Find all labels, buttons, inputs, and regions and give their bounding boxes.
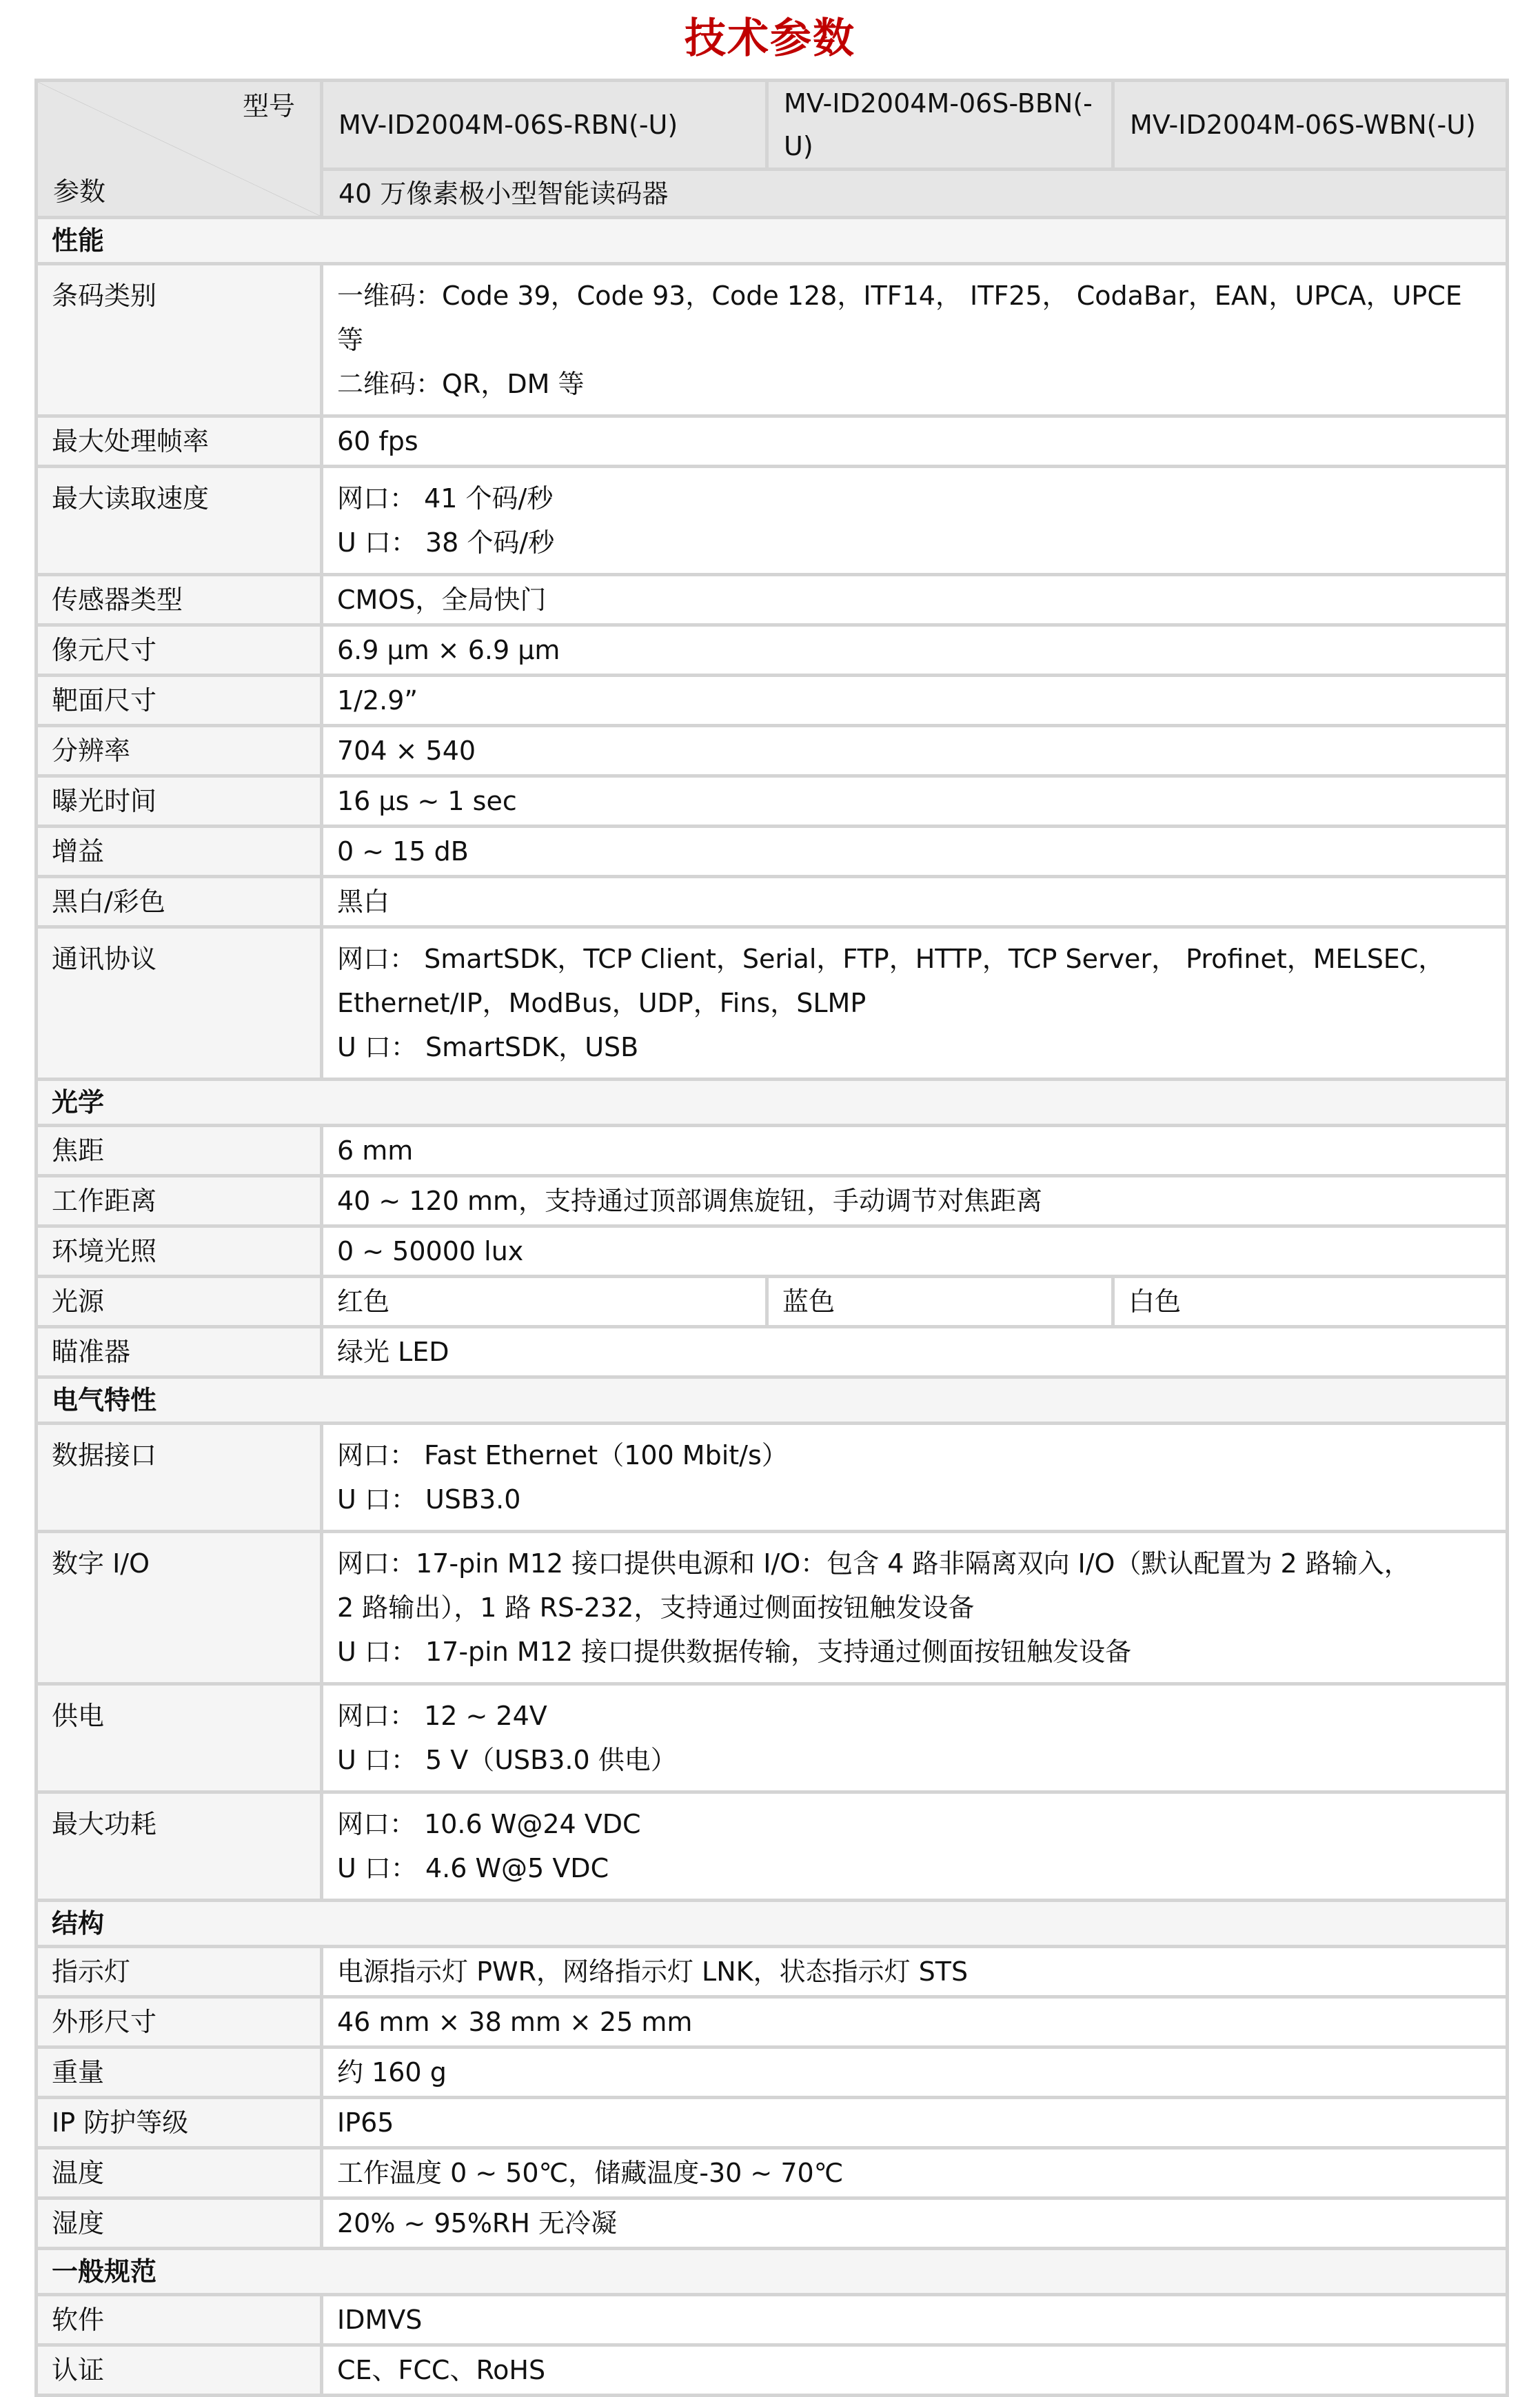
spec-value-line: CMOS，全局快门 — [337, 578, 1492, 622]
spec-label: 数字 I/O — [37, 1532, 322, 1684]
spec-label: 像元尺寸 — [37, 625, 322, 676]
spec-label: IP 防护等级 — [37, 2098, 322, 2148]
spec-row: 环境光照0 ~ 50000 lux — [37, 1226, 1508, 1277]
spec-row: 数据接口网口： Fast Ethernet（100 Mbit/s）U 口： US… — [37, 1424, 1508, 1532]
header-row-models: 型号 参数 MV-ID2004M-06S-RBN(-U) MV-ID2004M-… — [37, 81, 1508, 170]
spec-value-line: 16 µs ~ 1 sec — [337, 779, 1492, 823]
section-title: 一般规范 — [37, 2249, 1508, 2295]
spec-row: IP 防护等级IP65 — [37, 2098, 1508, 2148]
corner-label-model: 型号 — [243, 85, 295, 128]
spec-row: 温度工作温度 0 ~ 50℃，储藏温度-30 ~ 70℃ — [37, 2148, 1508, 2198]
spec-value: 0 ~ 50000 lux — [322, 1226, 1508, 1277]
spec-value: 绿光 LED — [322, 1327, 1508, 1377]
spec-row: 曝光时间16 µs ~ 1 sec — [37, 776, 1508, 827]
spec-label: 瞄准器 — [37, 1327, 322, 1377]
spec-label: 认证 — [37, 2345, 322, 2396]
spec-row: 分辨率704 × 540 — [37, 726, 1508, 776]
spec-row: 最大处理帧率60 fps — [37, 416, 1508, 467]
spec-value: IP65 — [322, 2098, 1508, 2148]
section-title: 性能 — [37, 218, 1508, 264]
section-header: 性能 — [37, 218, 1508, 264]
spec-value-line: U 口： 5 V（USB3.0 供电） — [337, 1738, 1492, 1782]
spec-label: 黑白/彩色 — [37, 877, 322, 927]
spec-row: 重量约 160 g — [37, 2047, 1508, 2098]
spec-label: 最大处理帧率 — [37, 416, 322, 467]
spec-value-line: U 口： 38 个码/秒 — [337, 520, 1492, 565]
spec-row: 最大功耗网口： 10.6 W@24 VDCU 口： 4.6 W@5 VDC — [37, 1792, 1508, 1901]
spec-value-line: U 口： SmartSDK，USB — [337, 1025, 1492, 1069]
spec-value: 网口： 10.6 W@24 VDCU 口： 4.6 W@5 VDC — [322, 1792, 1508, 1901]
spec-label: 通讯协议 — [37, 927, 322, 1080]
spec-label: 靶面尺寸 — [37, 676, 322, 726]
spec-label: 最大读取速度 — [37, 467, 322, 575]
spec-value: 704 × 540 — [322, 726, 1508, 776]
spec-label: 指示灯 — [37, 1947, 322, 1997]
product-description: 40 万像素极小型智能读码器 — [322, 170, 1508, 218]
spec-value: 20% ~ 95%RH 无冷凝 — [322, 2198, 1508, 2249]
spec-value: 电源指示灯 PWR，网络指示灯 LNK，状态指示灯 STS — [322, 1947, 1508, 1997]
section-title: 电气特性 — [37, 1377, 1508, 1424]
spec-value-line: IDMVS — [337, 2298, 1492, 2342]
spec-row: 条码类别一维码：Code 39，Code 93，Code 128，ITF14， … — [37, 264, 1508, 416]
model-bbn: MV-ID2004M-06S-BBN(-U) — [767, 81, 1113, 170]
page-title: 技术参数 — [0, 6, 1540, 65]
spec-value: 网口： Fast Ethernet（100 Mbit/s）U 口： USB3.0 — [322, 1424, 1508, 1532]
spec-value-line: U 口： 4.6 W@5 VDC — [337, 1846, 1492, 1890]
spec-value-split: 蓝色 — [767, 1277, 1113, 1327]
spec-value: 网口： 12 ~ 24VU 口： 5 V（USB3.0 供电） — [322, 1684, 1508, 1792]
spec-value-line: Ethernet/IP，ModBus，UDP，Fins，SLMP — [337, 981, 1492, 1025]
spec-value-line: 0 ~ 50000 lux — [337, 1229, 1492, 1273]
spec-value-line: 工作温度 0 ~ 50℃，储藏温度-30 ~ 70℃ — [337, 2151, 1492, 2195]
spec-row: 供电网口： 12 ~ 24VU 口： 5 V（USB3.0 供电） — [37, 1684, 1508, 1792]
spec-label: 湿度 — [37, 2198, 322, 2249]
spec-value: 约 160 g — [322, 2047, 1508, 2098]
spec-value-line: 约 160 g — [337, 2050, 1492, 2094]
spec-value-split: 白色 — [1113, 1277, 1508, 1327]
spec-row: 湿度20% ~ 95%RH 无冷凝 — [37, 2198, 1508, 2249]
spec-label: 外形尺寸 — [37, 1997, 322, 2047]
spec-row: 像元尺寸6.9 µm × 6.9 µm — [37, 625, 1508, 676]
spec-value-line: 绿光 LED — [337, 1330, 1492, 1374]
spec-value-line: 60 fps — [337, 419, 1492, 463]
corner-label-param: 参数 — [53, 170, 105, 213]
section-header: 结构 — [37, 1901, 1508, 1947]
spec-value: 46 mm × 38 mm × 25 mm — [322, 1997, 1508, 2047]
spec-value: 网口： 41 个码/秒U 口： 38 个码/秒 — [322, 467, 1508, 575]
spec-value-line: CE、FCC、RoHS — [337, 2348, 1492, 2392]
spec-label: 供电 — [37, 1684, 322, 1792]
section-header: 光学 — [37, 1080, 1508, 1126]
corner-cell: 型号 参数 — [37, 81, 322, 218]
spec-label: 软件 — [37, 2295, 322, 2345]
spec-value: 60 fps — [322, 416, 1508, 467]
spec-label: 曝光时间 — [37, 776, 322, 827]
spec-row: 瞄准器绿光 LED — [37, 1327, 1508, 1377]
spec-value: 网口：17-pin M12 接口提供电源和 I/O：包含 4 路非隔离双向 I/… — [322, 1532, 1508, 1684]
spec-value-line: 20% ~ 95%RH 无冷凝 — [337, 2201, 1492, 2245]
spec-value-line: 0 ~ 15 dB — [337, 829, 1492, 873]
spec-value-line: 网口： SmartSDK，TCP Client，Serial，FTP，HTTP，… — [337, 937, 1492, 981]
spec-value-split: 红色 — [322, 1277, 767, 1327]
spec-label: 数据接口 — [37, 1424, 322, 1532]
spec-value-line: 网口： 12 ~ 24V — [337, 1694, 1492, 1738]
spec-value-line: IP65 — [337, 2101, 1492, 2145]
spec-value: 6.9 µm × 6.9 µm — [322, 625, 1508, 676]
spec-value-line: 二维码：QR，DM 等 — [337, 362, 1492, 406]
spec-value: 工作温度 0 ~ 50℃，储藏温度-30 ~ 70℃ — [322, 2148, 1508, 2198]
spec-label: 工作距离 — [37, 1176, 322, 1226]
spec-row: 通讯协议网口： SmartSDK，TCP Client，Serial，FTP，H… — [37, 927, 1508, 1080]
spec-table: 型号 参数 MV-ID2004M-06S-RBN(-U) MV-ID2004M-… — [34, 79, 1509, 2397]
spec-row: 外形尺寸46 mm × 38 mm × 25 mm — [37, 1997, 1508, 2047]
spec-value-line: 6.9 µm × 6.9 µm — [337, 628, 1492, 672]
spec-label: 最大功耗 — [37, 1792, 322, 1901]
spec-label: 增益 — [37, 827, 322, 877]
spec-label: 环境光照 — [37, 1226, 322, 1277]
spec-label: 条码类别 — [37, 264, 322, 416]
spec-row: 黑白/彩色黑白 — [37, 877, 1508, 927]
spec-value: CMOS，全局快门 — [322, 575, 1508, 625]
spec-value: IDMVS — [322, 2295, 1508, 2345]
spec-value-line: 网口：17-pin M12 接口提供电源和 I/O：包含 4 路非隔离双向 I/… — [337, 1541, 1492, 1586]
model-wbn: MV-ID2004M-06S-WBN(-U) — [1113, 81, 1508, 170]
spec-value-line: 46 mm × 38 mm × 25 mm — [337, 2000, 1492, 2044]
spec-row: 认证CE、FCC、RoHS — [37, 2345, 1508, 2396]
spec-value: 1/2.9” — [322, 676, 1508, 726]
section-header: 电气特性 — [37, 1377, 1508, 1424]
spec-value-line: 网口： Fast Ethernet（100 Mbit/s） — [337, 1433, 1492, 1477]
spec-row: 光源红色蓝色白色 — [37, 1277, 1508, 1327]
spec-row: 数字 I/O网口：17-pin M12 接口提供电源和 I/O：包含 4 路非隔… — [37, 1532, 1508, 1684]
spec-row: 最大读取速度网口： 41 个码/秒U 口： 38 个码/秒 — [37, 467, 1508, 575]
section-title: 光学 — [37, 1080, 1508, 1126]
spec-value-line: 一维码：Code 39，Code 93，Code 128，ITF14， ITF2… — [337, 274, 1492, 362]
model-rbn: MV-ID2004M-06S-RBN(-U) — [322, 81, 767, 170]
spec-row: 靶面尺寸1/2.9” — [37, 676, 1508, 726]
spec-value-line: 704 × 540 — [337, 729, 1492, 773]
spec-value: 黑白 — [322, 877, 1508, 927]
spec-value: 16 µs ~ 1 sec — [322, 776, 1508, 827]
spec-row: 传感器类型CMOS，全局快门 — [37, 575, 1508, 625]
spec-value: CE、FCC、RoHS — [322, 2345, 1508, 2396]
spec-label: 焦距 — [37, 1126, 322, 1176]
spec-value-line: U 口： USB3.0 — [337, 1477, 1492, 1521]
spec-value: 40 ~ 120 mm，支持通过顶部调焦旋钮，手动调节对焦距离 — [322, 1176, 1508, 1226]
spec-value-line: U 口： 17-pin M12 接口提供数据传输，支持通过侧面按钮触发设备 — [337, 1630, 1492, 1674]
spec-value-line: 网口： 41 个码/秒 — [337, 476, 1492, 520]
spec-value: 0 ~ 15 dB — [322, 827, 1508, 877]
spec-value: 网口： SmartSDK，TCP Client，Serial，FTP，HTTP，… — [322, 927, 1508, 1080]
spec-row: 指示灯电源指示灯 PWR，网络指示灯 LNK，状态指示灯 STS — [37, 1947, 1508, 1997]
spec-value: 6 mm — [322, 1126, 1508, 1176]
spec-value-line: 1/2.9” — [337, 678, 1492, 722]
spec-label: 光源 — [37, 1277, 322, 1327]
spec-row: 软件IDMVS — [37, 2295, 1508, 2345]
spec-row: 焦距6 mm — [37, 1126, 1508, 1176]
spec-value: 一维码：Code 39，Code 93，Code 128，ITF14， ITF2… — [322, 264, 1508, 416]
spec-label: 温度 — [37, 2148, 322, 2198]
spec-value-line: 电源指示灯 PWR，网络指示灯 LNK，状态指示灯 STS — [337, 1950, 1492, 1994]
section-title: 结构 — [37, 1901, 1508, 1947]
spec-value-line: 2 路输出），1 路 RS-232，支持通过侧面按钮触发设备 — [337, 1586, 1492, 1630]
spec-value-line: 网口： 10.6 W@24 VDC — [337, 1802, 1492, 1846]
spec-value-line: 40 ~ 120 mm，支持通过顶部调焦旋钮，手动调节对焦距离 — [337, 1179, 1492, 1223]
spec-value-line: 黑白 — [337, 880, 1492, 924]
spec-label: 重量 — [37, 2047, 322, 2098]
spec-row: 工作距离40 ~ 120 mm，支持通过顶部调焦旋钮，手动调节对焦距离 — [37, 1176, 1508, 1226]
spec-label: 传感器类型 — [37, 575, 322, 625]
spec-row: 增益0 ~ 15 dB — [37, 827, 1508, 877]
spec-label: 分辨率 — [37, 726, 322, 776]
section-header: 一般规范 — [37, 2249, 1508, 2295]
spec-value-line: 6 mm — [337, 1129, 1492, 1173]
